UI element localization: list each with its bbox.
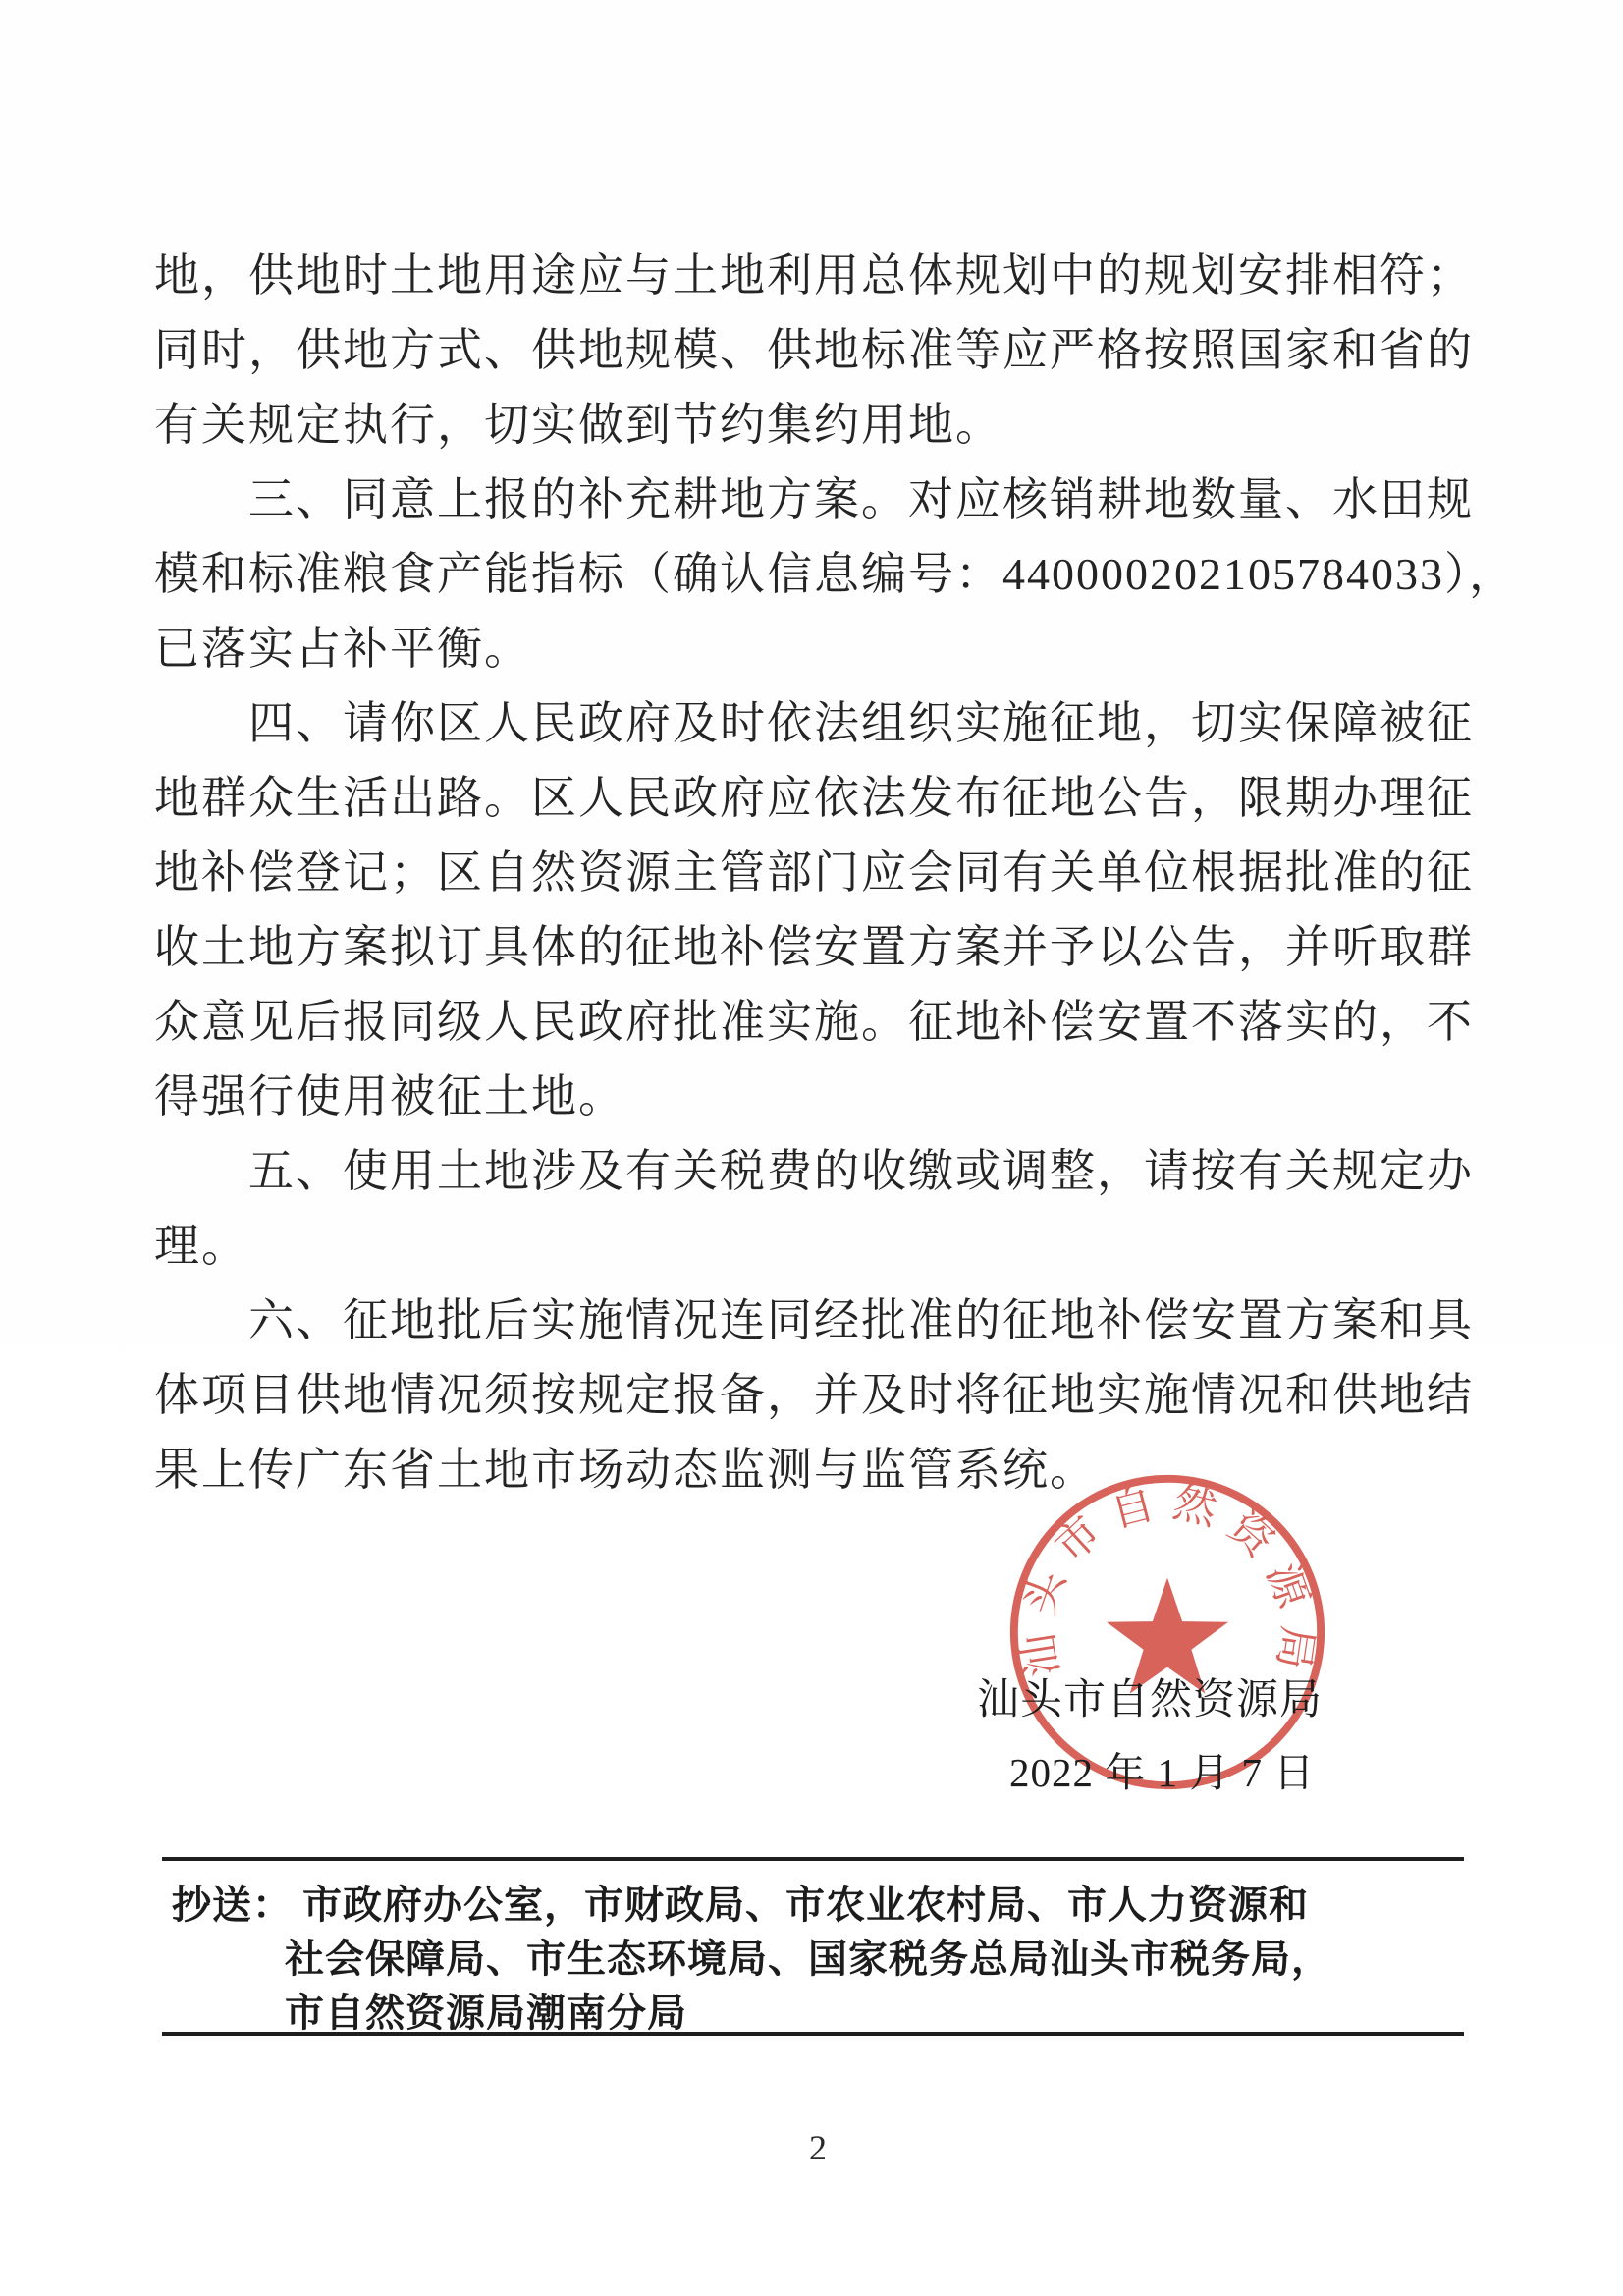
body-line: 得强行使用被征土地。: [154, 1060, 1480, 1134]
cc-recipients-line: 市政府办公室，市财政局、市农业农村局、市人力资源和: [302, 1883, 1309, 1927]
body-line: 同时，供地方式、供地规模、供地标准等应严格按照国家和省的: [154, 313, 1480, 388]
cc-label: 抄送：: [172, 1883, 293, 1927]
seal-arc-text: 汕头市自然资源局: [1013, 1479, 1321, 1680]
body-line-item-3-start: 三、同意上报的补充耕地方案。对应核销耕地数量、水田规: [154, 463, 1480, 537]
body-line: 地群众生活出路。区人民政府应依法发布征地公告，限期办理征: [154, 761, 1480, 836]
cc-top-rule: [162, 1857, 1464, 1861]
page-number: 2: [798, 2127, 838, 2168]
body-line: 收土地方案拟订具体的征地补偿安置方案并予以公告，并听取群: [154, 910, 1480, 985]
body-line: 已落实占补平衡。: [154, 612, 1480, 686]
signature-agency: 汕头市自然资源局: [977, 1667, 1323, 1726]
body-line-item-5-start: 五、使用土地涉及有关税费的收缴或调整，请按有关规定办: [154, 1134, 1480, 1209]
svg-text:汕头市自然资源局: 汕头市自然资源局: [1013, 1479, 1321, 1680]
document-page: 地，供地时土地用途应与土地利用总体规划中的规划安排相符； 同时，供地方式、供地规…: [0, 0, 1623, 2296]
body-line: 理。: [154, 1209, 1480, 1284]
body-line: 地，供地时土地用途应与土地利用总体规划中的规划安排相符；: [154, 239, 1480, 313]
body-line: 有关规定执行，切实做到节约集约用地。: [154, 388, 1480, 463]
cc-line: 市自然资源局潮南分局: [285, 1982, 687, 2038]
body-line: 体项目供地情况须按规定报备，并及时将征地实施情况和供地结: [154, 1358, 1480, 1433]
cc-line: 社会保障局、市生态环境局、国家税务总局汕头市税务局，: [285, 1928, 1331, 1984]
body-line: 地补偿登记；区自然资源主管部门应会同有关单位根据批准的征: [154, 836, 1480, 910]
signature-date: 2022 年 1 月 7 日: [1009, 1740, 1315, 1798]
body-line: 果上传广东省土地市场动态监测与监管系统。: [154, 1433, 1480, 1507]
body-line: 众意见后报同级人民政府批准实施。征地补偿安置不落实的，不: [154, 985, 1480, 1060]
cc-bottom-rule: [162, 2032, 1464, 2036]
document-body: 地，供地时土地用途应与土地利用总体规划中的规划安排相符； 同时，供地方式、供地规…: [154, 239, 1480, 1507]
body-line-item-6-start: 六、征地批后实施情况连同经批准的征地补偿安置方案和具: [154, 1284, 1480, 1358]
cc-line: 抄送：市政府办公室，市财政局、市农业农村局、市人力资源和: [172, 1874, 1309, 1930]
body-line: 模和标准粮食产能指标（确认信息编号：440000202105784033），: [154, 537, 1480, 612]
body-line-item-4-start: 四、请你区人民政府及时依法组织实施征地，切实保障被征: [154, 686, 1480, 761]
